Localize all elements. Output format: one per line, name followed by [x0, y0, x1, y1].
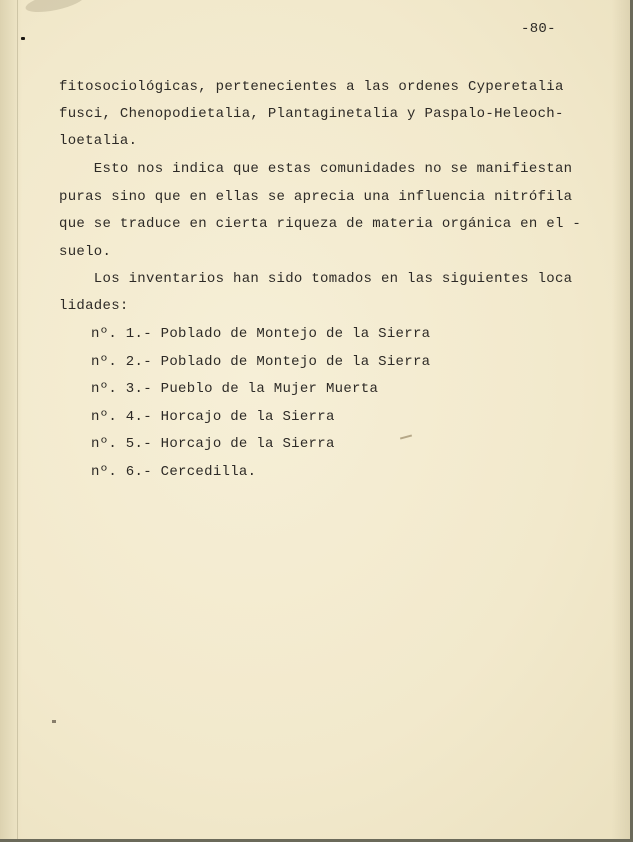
list-item: nº. 4.- Horcajo de la Sierra: [91, 410, 335, 424]
locality-number: nº. 3.-: [91, 381, 152, 397]
ink-dot-mark: [21, 37, 25, 40]
locality-number: nº. 1.-: [91, 326, 152, 342]
paragraph-2-line-3: que se traduce en cierta riqueza de mate…: [59, 217, 581, 231]
paragraph-2-line-1: Esto nos indica que estas comunidades no…: [59, 162, 572, 176]
paragraph-1-line-1: fitosociológicas, pertenecientes a las o…: [59, 80, 564, 94]
paragraph-2-line-4: suelo.: [59, 245, 111, 259]
locality-name: Cercedilla.: [161, 464, 257, 480]
paragraph-3-line-1: Los inventarios han sido tomados en las …: [59, 272, 572, 286]
paper-speck: [52, 720, 56, 723]
locality-number: nº. 5.-: [91, 436, 152, 452]
paper-smudge: [24, 0, 86, 16]
page-number: -80-: [521, 22, 556, 36]
list-item: nº. 2.- Poblado de Montejo de la Sierra: [91, 355, 430, 369]
list-item: nº. 3.- Pueblo de la Mujer Muerta: [91, 382, 378, 396]
paper-speck: [400, 434, 412, 439]
list-item: nº. 5.- Horcajo de la Sierra: [91, 437, 335, 451]
paragraph-1-line-3: loetalia.: [59, 134, 137, 148]
locality-name: Poblado de Montejo de la Sierra: [161, 354, 431, 370]
locality-number: nº. 6.-: [91, 464, 152, 480]
locality-name: Pueblo de la Mujer Muerta: [161, 381, 379, 397]
list-item: nº. 1.- Poblado de Montejo de la Sierra: [91, 327, 430, 341]
page-left-edge-shadow: [0, 0, 22, 839]
locality-name: Horcajo de la Sierra: [161, 436, 335, 452]
paragraph-2-line-2: puras sino que en ellas se aprecia una i…: [59, 190, 572, 204]
paragraph-3-line-2: lidades:: [59, 299, 129, 313]
page-right-edge-shadow: [612, 0, 630, 839]
locality-number: nº. 2.-: [91, 354, 152, 370]
locality-number: nº. 4.-: [91, 409, 152, 425]
locality-name: Poblado de Montejo de la Sierra: [161, 326, 431, 342]
paragraph-1-line-2: fusci, Chenopodietalia, Plantaginetalia …: [59, 107, 564, 121]
document-page: -80- fitosociológicas, pertenecientes a …: [0, 0, 630, 839]
page-fold-line: [17, 0, 18, 839]
list-item: nº. 6.- Cercedilla.: [91, 465, 256, 479]
locality-name: Horcajo de la Sierra: [161, 409, 335, 425]
